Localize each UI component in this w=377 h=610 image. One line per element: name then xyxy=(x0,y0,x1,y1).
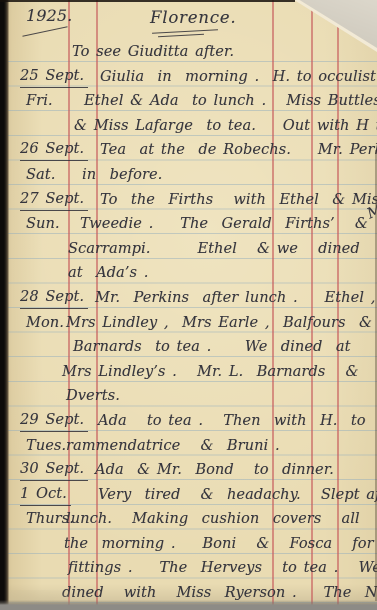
entry-line: at Ada’s . xyxy=(0,261,377,286)
diary-paper: 1925. Florence. To see Giuditta after.25… xyxy=(0,0,377,610)
entry-line: 30 Sept.Ada & Mr. Bond to dinner. xyxy=(0,458,377,483)
entry-line: Mrs Lindley’s . Mr. L. Barnards & xyxy=(0,360,377,385)
entry-day: Thurs. xyxy=(26,507,74,532)
entry-day: Tues. xyxy=(26,434,66,459)
diary-entries: To see Giuditta after.25 Sept.Giulia in … xyxy=(0,40,377,606)
entry-line: Mon.Mrs Lindley , Mrs Earle , Balfours & xyxy=(0,311,377,336)
entry-line: 1 Oct.Very tired & headachy. Slept after xyxy=(0,483,377,508)
entry-line: fittings . The Herveys to tea . We xyxy=(0,556,377,581)
entry-text: Dverts. xyxy=(0,384,377,409)
entry-day: Mon. xyxy=(26,311,64,336)
entry-line: Scarrampi. Ethel & we dined xyxy=(0,237,377,262)
entry-day: Fri. xyxy=(26,89,53,114)
entry-text: Ethel & Ada to lunch . Miss Buttles xyxy=(0,89,377,114)
entry-line: Sun.Tweedie . The Gerald Firths’ & March… xyxy=(0,212,377,237)
entry-line: the morning . Boni & Fosca for xyxy=(0,532,377,557)
entry-line: 26 Sept.Tea at the de Robechs. Mr. Perki… xyxy=(0,138,377,163)
entry-line: Fri.Ethel & Ada to lunch . Miss Buttles xyxy=(0,89,377,114)
entry-line: Barnards to tea . We dined at xyxy=(0,335,377,360)
scan-shadow-bottom xyxy=(0,600,377,610)
entry-text: fittings . The Herveys to tea . We xyxy=(0,556,377,581)
entry-day: Sat. xyxy=(26,163,55,188)
entry-text: Barnards to tea . We dined at xyxy=(0,335,377,360)
entry-line: & Miss Lafarge to tea. Out with H to Eli… xyxy=(0,114,377,139)
entry-date: 28 Sept. xyxy=(20,286,88,309)
entry-text: To see Giuditta after. xyxy=(0,40,377,65)
entry-date: 27 Sept. xyxy=(20,188,88,211)
entry-line: Dverts. xyxy=(0,384,377,409)
title-underline xyxy=(158,34,204,37)
entry-line: 27 Sept.To the Firths with Ethel & Miss xyxy=(0,188,377,213)
title-underline xyxy=(152,29,218,33)
diary-scan: { "colors":{ "paper":"#e9dbb2", "ink":"#… xyxy=(0,0,377,610)
entry-date: 29 Sept. xyxy=(20,409,88,432)
entry-text: Mrs Lindley’s . Mr. L. Barnards & xyxy=(0,360,377,385)
entry-text: at Ada’s . xyxy=(0,261,377,286)
entry-day: Sun. xyxy=(26,212,60,237)
year-label: 1925. xyxy=(26,6,72,25)
entry-text: Scarrampi. Ethel & we dined xyxy=(0,237,377,262)
entry-text: the morning . Boni & Fosca for xyxy=(0,532,377,557)
entry-text: in before. xyxy=(0,163,377,188)
entry-date: 1 Oct. xyxy=(20,483,71,506)
binding-edge xyxy=(0,0,9,610)
entry-date: 26 Sept. xyxy=(20,138,88,161)
entry-date: 30 Sept. xyxy=(20,458,88,481)
entry-line: 25 Sept.Giulia in morning . H. to occuli… xyxy=(0,65,377,90)
page-title: Florence. xyxy=(150,8,236,27)
entry-line: 29 Sept.Ada to tea . Then with H. to xyxy=(0,409,377,434)
entry-line: To see Giuditta after. xyxy=(0,40,377,65)
scan-edge-top xyxy=(0,0,295,2)
year-underline xyxy=(22,26,67,37)
entry-line: Thurs.lunch. Making cushion covers all xyxy=(0,507,377,532)
entry-line: 28 Sept.Mr. Perkins after lunch . Ethel … xyxy=(0,286,377,311)
entry-line: Sat.in before. xyxy=(0,163,377,188)
entry-line: Tues.rammendatrice & Bruni . xyxy=(0,434,377,459)
entry-text: & Miss Lafarge to tea. Out with H to Eli… xyxy=(0,114,377,139)
entry-date: 25 Sept. xyxy=(20,65,88,88)
